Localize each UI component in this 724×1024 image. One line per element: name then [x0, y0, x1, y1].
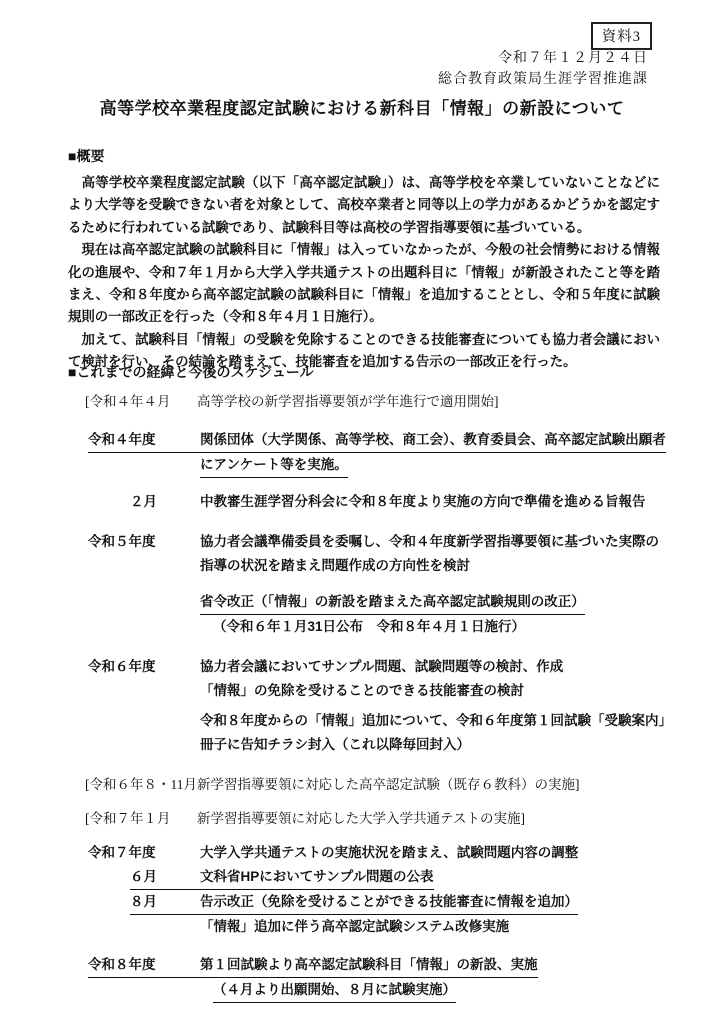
timeline-label: ８月	[130, 890, 200, 915]
overview-heading: ■概要	[68, 146, 660, 166]
timeline-line: 冊子に告知チラシ封入（これ以降毎回封入）	[200, 733, 672, 757]
schedule-section: ■これまでの経緯と今後のスケジュール [令和４年４月高等学校の新学習指導要領が学…	[68, 362, 688, 1003]
timeline-line: 関係団体（大学関係、高等学校、商工会）、教育委員会、高卒認定試験出願者	[200, 428, 666, 453]
timeline-label: ２月	[88, 490, 200, 514]
timeline-row: 令和４年度関係団体（大学関係、高等学校、商工会）、教育委員会、高卒認定試験出願者…	[88, 428, 688, 478]
timeline-row: [令和６年８・11月新学習指導要領に対応した高卒認定試験（既存６教科）の実施]	[85, 773, 688, 797]
timeline-content: 令和８年度からの「情報」追加について、令和６年度第１回試験「受験案内」冊子に告知…	[200, 709, 672, 757]
timeline-line: 協力者会議においてサンプル問題、試験問題等の検討、作成	[200, 655, 563, 679]
timeline-content: 文科省HPにおいてサンプル問題の公表	[200, 865, 434, 890]
timeline-content: 「情報」追加に伴う高卒認定試験システム改修実施	[200, 915, 509, 939]
timeline-label: 令和６年度	[88, 655, 200, 679]
timeline-content: 大学入学共通テストの実施状況を踏まえ、試験問題内容の調整	[200, 841, 578, 865]
timeline-line: 告示改正（免除を受けることができる技能審査に情報を追加）	[200, 890, 578, 915]
timeline-row: 「情報」追加に伴う高卒認定試験システム改修実施	[88, 915, 688, 939]
timeline-row: ８月告示改正（免除を受けることができる技能審査に情報を追加）	[88, 890, 688, 915]
timeline-row: 省令改正（「情報」の新設を踏まえた高卒認定試験規則の改正）（令和６年１月31日公…	[88, 590, 688, 639]
timeline-content: 告示改正（免除を受けることができる技能審査に情報を追加）	[200, 890, 578, 915]
timeline-label: ６月	[130, 865, 200, 890]
timeline-line: 指導の状況を踏まえ問題作成の方向性を検討	[200, 554, 659, 578]
timeline-line: 文科省HPにおいてサンプル問題の公表	[200, 865, 434, 890]
timeline-line: 「情報」追加に伴う高卒認定試験システム改修実施	[200, 915, 509, 939]
timeline-line: 中教審生涯学習分科会に令和８年度より実施の方向で準備を進める旨報告	[200, 490, 646, 514]
timeline-bracket-text: 新学習指導要領に対応した高卒認定試験（既存６教科）の実施]	[197, 773, 580, 797]
timeline-label: 令和５年度	[88, 530, 200, 554]
overview-paragraph: 高等学校卒業程度認定試験（以下「高卒認定試験」）は、高等学校を卒業していないこと…	[68, 172, 660, 239]
timeline-row: 令和７年度大学入学共通テストの実施状況を踏まえ、試験問題内容の調整	[88, 841, 688, 865]
timeline-line: 令和８年度からの「情報」追加について、令和６年度第１回試験「受験案内」	[200, 709, 672, 733]
schedule-heading: ■これまでの経緯と今後のスケジュール	[68, 362, 688, 382]
timeline-content: 第１回試験より高卒認定試験科目「情報」の新設、実施（４月より出願開始、８月に試験…	[200, 953, 538, 1003]
timeline-bracket-label: [令和４年４月	[85, 390, 197, 414]
timeline-bracket-label: [令和７年１月	[85, 807, 197, 831]
timeline-label: 令和４年度	[88, 428, 200, 453]
timeline-bracket-text: 新学習指導要領に対応した大学入学共通テストの実施]	[197, 807, 525, 831]
timeline-row: [令和７年１月新学習指導要領に対応した大学入学共通テストの実施]	[85, 807, 688, 831]
timeline-line: （令和６年１月31日公布 令和８年４月１日施行）	[213, 615, 585, 639]
timeline-bracket-text: 高等学校の新学習指導要領が学年進行で適用開始]	[197, 390, 499, 414]
timeline-line: 省令改正（「情報」の新設を踏まえた高卒認定試験規則の改正）	[200, 590, 585, 615]
timeline-content: 関係団体（大学関係、高等学校、商工会）、教育委員会、高卒認定試験出願者にアンケー…	[200, 428, 666, 478]
timeline-content: 省令改正（「情報」の新設を踏まえた高卒認定試験規則の改正）（令和６年１月31日公…	[200, 590, 585, 639]
timeline-row: ２月中教審生涯学習分科会に令和８年度より実施の方向で準備を進める旨報告	[88, 490, 688, 514]
timeline-line: 協力者会議準備委員を委嘱し、令和４年度新学習指導要領に基づいた実際の	[200, 530, 659, 554]
timeline-line: にアンケート等を実施。	[200, 453, 348, 478]
timeline-label: 令和８年度	[88, 953, 200, 978]
timeline-rows: [令和４年４月高等学校の新学習指導要領が学年進行で適用開始]令和４年度関係団体（…	[68, 390, 688, 1003]
timeline-row: 令和８年度からの「情報」追加について、令和６年度第１回試験「受験案内」冊子に告知…	[88, 709, 688, 757]
timeline-line: 大学入学共通テストの実施状況を踏まえ、試験問題内容の調整	[200, 841, 578, 865]
overview-paragraphs: 高等学校卒業程度認定試験（以下「高卒認定試験」）は、高等学校を卒業していないこと…	[68, 172, 660, 374]
timeline-row: 令和６年度協力者会議においてサンプル問題、試験問題等の検討、作成「情報」の免除を…	[88, 655, 688, 703]
timeline-row: 令和８年度第１回試験より高卒認定試験科目「情報」の新設、実施（４月より出願開始、…	[88, 953, 688, 1003]
document-department: 総合教育政策局生涯学習推進課	[438, 69, 648, 90]
document-page: 資料3 令和７年１２月２４日 総合教育政策局生涯学習推進課 高等学校卒業程度認定…	[0, 0, 724, 1024]
document-date: 令和７年１２月２４日	[438, 48, 648, 69]
timeline-row: ６月文科省HPにおいてサンプル問題の公表	[88, 865, 688, 890]
document-tag-label: 資料3	[602, 29, 641, 45]
timeline-line: 第１回試験より高卒認定試験科目「情報」の新設、実施	[200, 953, 538, 978]
timeline-row: [令和４年４月高等学校の新学習指導要領が学年進行で適用開始]	[85, 390, 688, 414]
document-header-right: 令和７年１２月２４日 総合教育政策局生涯学習推進課	[438, 48, 648, 90]
overview-paragraph: 現在は高卒認定試験の試験科目に「情報」は入っていなかったが、今般の社会情勢におけ…	[68, 239, 660, 329]
timeline-row: 令和５年度協力者会議準備委員を委嘱し、令和４年度新学習指導要領に基づいた実際の指…	[88, 530, 688, 578]
document-tag-box: 資料3	[591, 22, 652, 50]
timeline-line: （４月より出願開始、８月に試験実施）	[213, 978, 456, 1003]
timeline-content: 協力者会議準備委員を委嘱し、令和４年度新学習指導要領に基づいた実際の指導の状況を…	[200, 530, 659, 578]
overview-section: ■概要 高等学校卒業程度認定試験（以下「高卒認定試験」）は、高等学校を卒業してい…	[68, 146, 660, 374]
timeline-line: 「情報」の免除を受けることのできる技能審査の検討	[200, 679, 563, 703]
page-title: 高等学校卒業程度認定試験における新科目「情報」の新設について	[0, 94, 724, 119]
timeline-bracket-label: [令和６年８・11月	[85, 773, 197, 797]
timeline-content: 協力者会議においてサンプル問題、試験問題等の検討、作成「情報」の免除を受けること…	[200, 655, 563, 703]
timeline-content: 中教審生涯学習分科会に令和８年度より実施の方向で準備を進める旨報告	[200, 490, 646, 514]
timeline-label: 令和７年度	[88, 841, 200, 865]
